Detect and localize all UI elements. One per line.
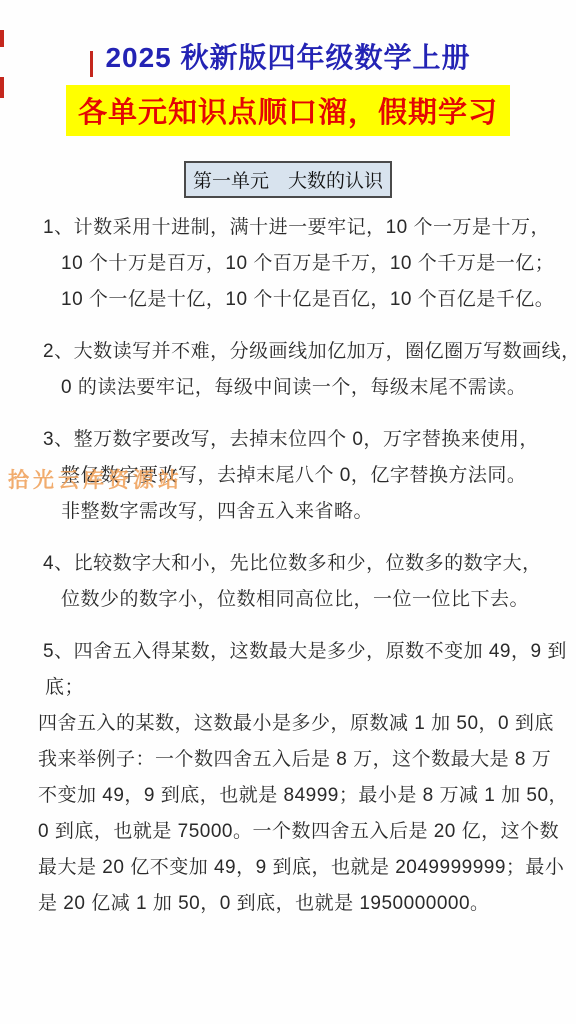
text-line: 最大是 20 亿不变加 49，9 到底，也就是 2049999999；最小 — [0, 850, 576, 886]
text-line: 10 个一亿是十亿，10 个十亿是百亿，10 个百亿是千亿。 — [0, 282, 576, 318]
list-item-3: 3、整万数字要改写，去掉末位四个 0，万字替换来使用， 整亿数字要改写，去掉末尾… — [0, 422, 576, 530]
text-line: 4、比较数字大和小，先比位数多和少，位数多的数字大， — [0, 546, 576, 582]
banner-row: 各单元知识点顺口溜，假期学习 — [0, 85, 576, 136]
section-row: 第一单元 大数的认识 — [0, 161, 576, 198]
section-header: 第一单元 大数的认识 — [184, 161, 392, 198]
text-line: 非整数字需改写，四舍五入来省略。 — [0, 494, 576, 530]
text-line: 整亿数字要改写，去掉末尾八个 0，亿字替换方法同。 — [0, 458, 576, 494]
text-line: 0 到底，也就是 75000。一个数四舍五入后是 20 亿，这个数 — [0, 814, 576, 850]
text-line: 0 的读法要牢记，每级中间读一个，每级末尾不需读。 — [0, 370, 576, 406]
text-line: 我来举例子：一个数四舍五入后是 8 万，这个数最大是 8 万 — [0, 742, 576, 778]
text-line: 5、四舍五入得某数，这数最大是多少，原数不变加 49，9 到 — [0, 634, 576, 670]
photo-edge-artifact — [0, 77, 4, 98]
text-line: 3、整万数字要改写，去掉末位四个 0，万字替换来使用， — [0, 422, 576, 458]
text-line: 10 个十万是百万，10 个百万是千万，10 个千万是一亿； — [0, 246, 576, 282]
text-line: 1、计数采用十进制，满十进一要牢记，10 个一万是十万， — [0, 210, 576, 246]
text-line: 位数少的数字小，位数相同高位比，一位一位比下去。 — [0, 582, 576, 618]
highlight-banner: 各单元知识点顺口溜，假期学习 — [66, 85, 510, 136]
text-line: 是 20 亿减 1 加 50，0 到底，也就是 1950000000。 — [0, 886, 576, 922]
photo-edge-artifact — [90, 51, 93, 77]
list-item-1: 1、计数采用十进制，满十进一要牢记，10 个一万是十万， 10 个十万是百万，1… — [0, 210, 576, 318]
photo-edge-artifact — [0, 30, 4, 47]
list-item-5: 5、四舍五入得某数，这数最大是多少，原数不变加 49，9 到 底； 四舍五入的某… — [0, 634, 576, 922]
text-line: 2、大数读写并不难，分级画线加亿加万，圈亿圈万写数画线， — [0, 334, 576, 370]
page-title: 2025 秋新版四年级数学上册 — [0, 0, 576, 76]
list-item-2: 2、大数读写并不难，分级画线加亿加万，圈亿圈万写数画线， 0 的读法要牢记，每级… — [0, 334, 576, 406]
list-item-4: 4、比较数字大和小，先比位数多和少，位数多的数字大， 位数少的数字小，位数相同高… — [0, 546, 576, 618]
text-line: 底； — [0, 670, 576, 706]
text-line: 四舍五入的某数，这数最小是多少，原数减 1 加 50，0 到底 — [0, 706, 576, 742]
body-text: 1、计数采用十进制，满十进一要牢记，10 个一万是十万， 10 个十万是百万，1… — [0, 210, 576, 922]
text-line: 不变加 49，9 到底，也就是 84999；最小是 8 万减 1 加 50， — [0, 778, 576, 814]
document-page: 2025 秋新版四年级数学上册 各单元知识点顺口溜，假期学习 第一单元 大数的认… — [0, 0, 576, 1024]
